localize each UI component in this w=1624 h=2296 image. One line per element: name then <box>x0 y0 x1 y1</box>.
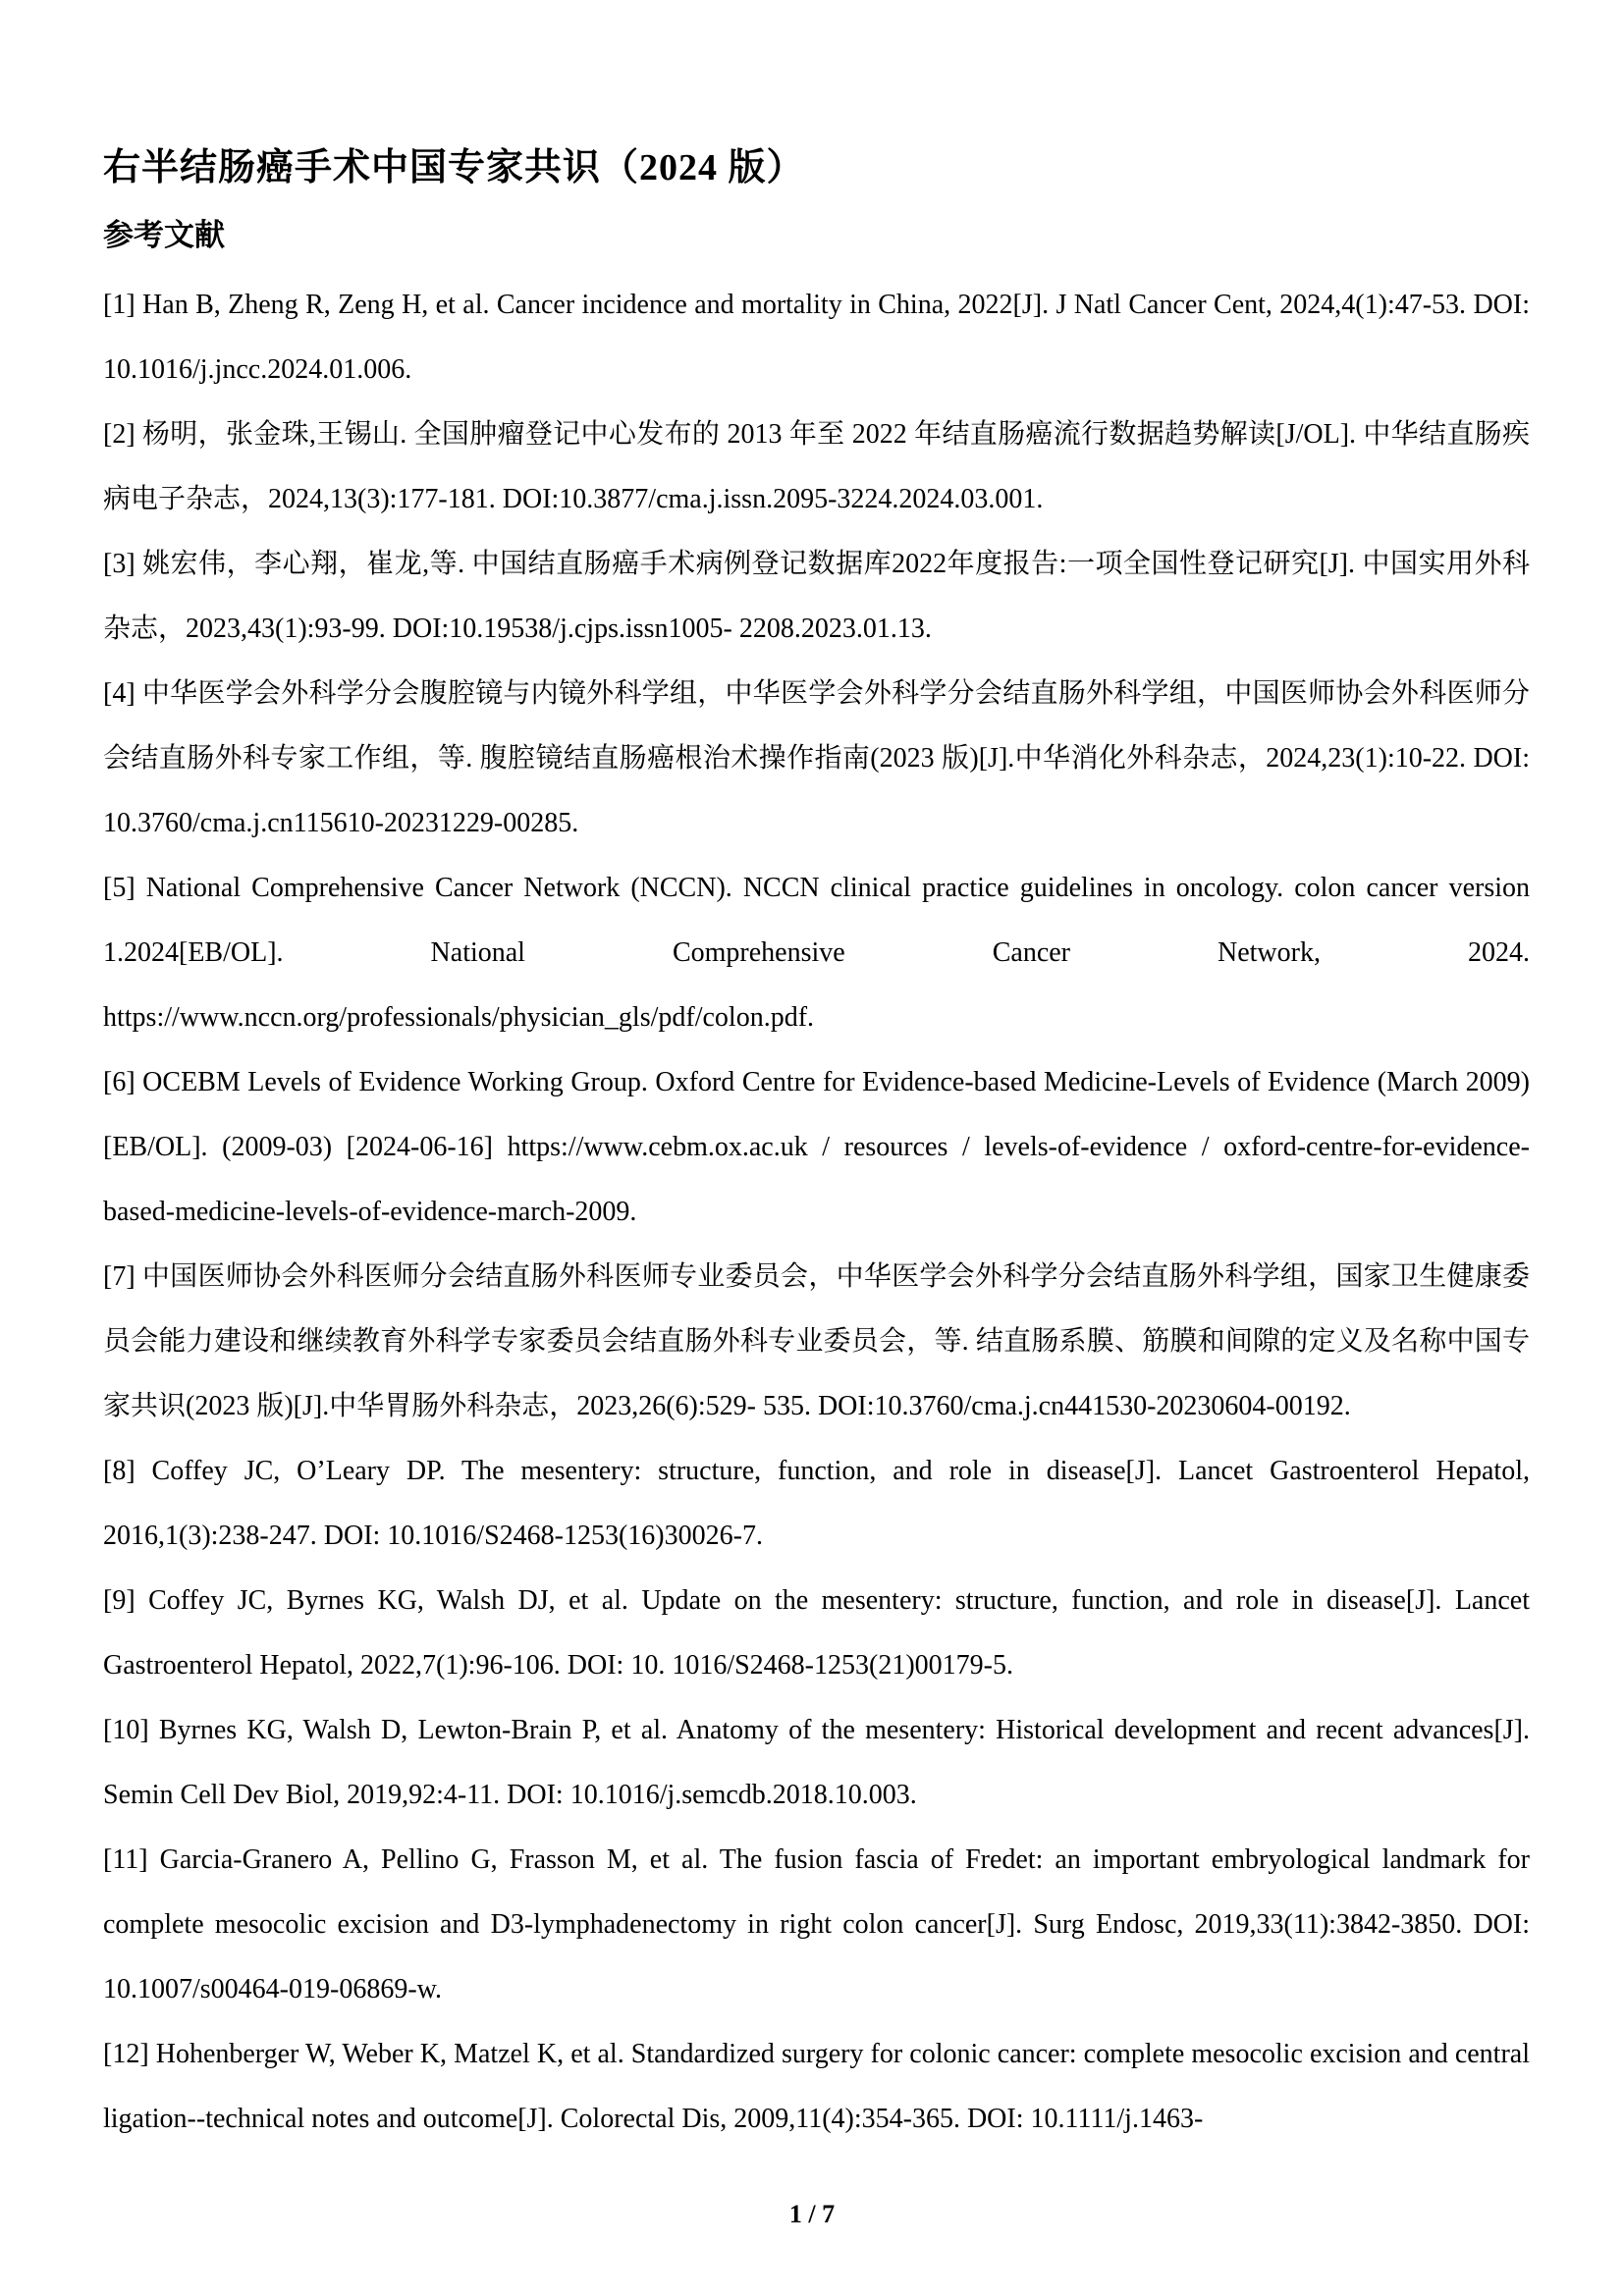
reference-item: [7] 中国医师协会外科医师分会结直肠外科医师专业委员会，中华医学会外科学分会结… <box>103 1245 1530 1439</box>
page-footer: 1 / 7 <box>0 2199 1624 2230</box>
reference-item: [8] Coffey JC, O’Leary DP. The mesentery… <box>103 1439 1530 1569</box>
reference-item: [5] National Comprehensive Cancer Networ… <box>103 856 1530 1050</box>
reference-item: [10] Byrnes KG, Walsh D, Lewton-Brain P,… <box>103 1698 1530 1828</box>
reference-item: [2] 杨明，张金珠,王锡山. 全国肿瘤登记中心发布的 2013 年至 2022… <box>103 402 1530 532</box>
reference-item: [1] Han B, Zheng R, Zeng H, et al. Cance… <box>103 273 1530 402</box>
reference-item: [9] Coffey JC, Byrnes KG, Walsh DJ, et a… <box>103 1569 1530 1698</box>
reference-item: [12] Hohenberger W, Weber K, Matzel K, e… <box>103 2022 1530 2152</box>
references-list: [1] Han B, Zheng R, Zeng H, et al. Cance… <box>103 273 1530 2152</box>
page-title: 右半结肠癌手术中国专家共识（2024 版） <box>103 147 1530 188</box>
document-page: 右半结肠癌手术中国专家共识（2024 版） 参考文献 [1] Han B, Zh… <box>0 0 1624 2296</box>
reference-item: [3] 姚宏伟，李心翔，崔龙,等. 中国结直肠癌手术病例登记数据库2022年度报… <box>103 532 1530 662</box>
reference-item: [6] OCEBM Levels of Evidence Working Gro… <box>103 1050 1530 1245</box>
reference-item: [4] 中华医学会外科学分会腹腔镜与内镜外科学组，中华医学会外科学分会结直肠外科… <box>103 662 1530 856</box>
section-heading-references: 参考文献 <box>103 218 1530 253</box>
reference-item: [11] Garcia-Granero A, Pellino G, Frasso… <box>103 1828 1530 2022</box>
page-number: 1 / 7 <box>789 2200 835 2228</box>
